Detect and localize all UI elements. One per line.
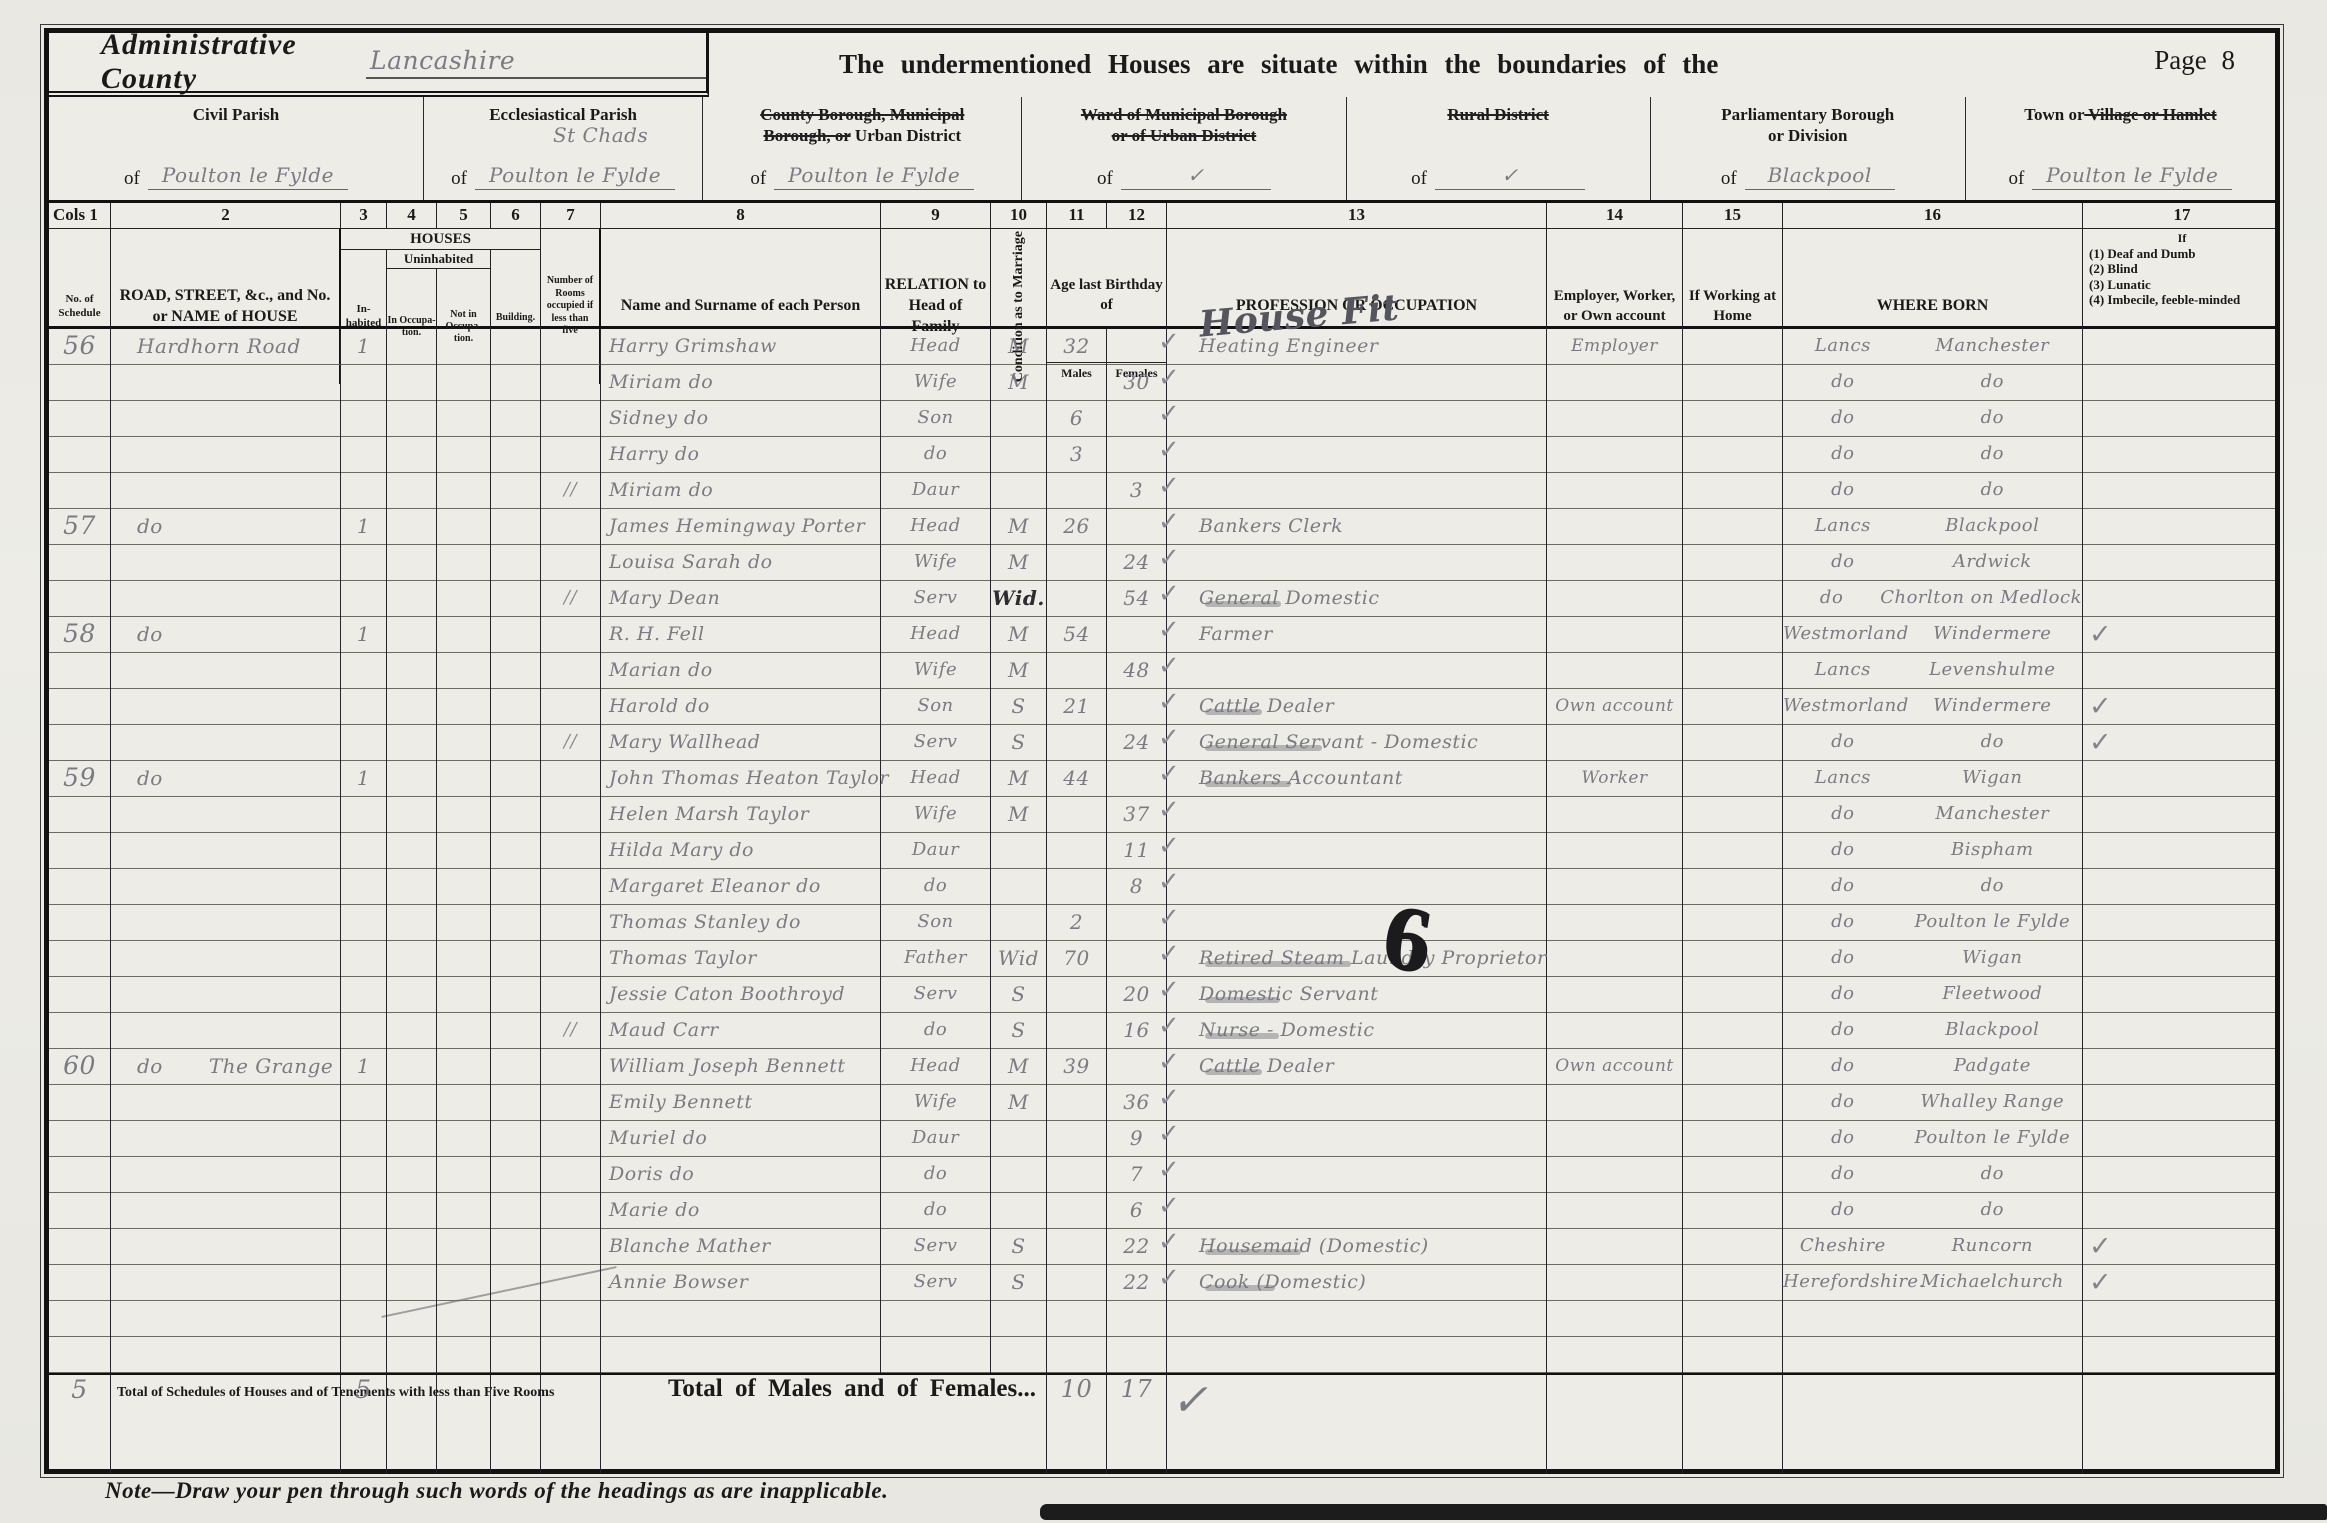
cell-schedule — [49, 473, 111, 510]
cell-employer — [1547, 905, 1683, 942]
cell-working-at-home — [1683, 725, 1783, 762]
cell-schedule: 58 — [49, 617, 111, 654]
cell-working-at-home — [1683, 833, 1783, 870]
cell-schedule — [49, 365, 111, 402]
cell-uninhabited-occ — [387, 905, 437, 942]
situate-text: The undermentioned Houses are situate wi… — [839, 49, 1718, 80]
cell-building — [491, 1013, 541, 1050]
totals-schedule-count: 5 — [49, 1375, 111, 1473]
cell-age-male: 3 — [1047, 437, 1107, 474]
scan-smudge — [1040, 1504, 2327, 1520]
cell-name: Hilda Mary do — [601, 833, 881, 870]
cell-relation: Serv — [881, 977, 991, 1014]
cell-condition: Wid — [991, 941, 1047, 978]
cell-employer: Own account — [1547, 1049, 1683, 1086]
cell-uninhabited-occ — [387, 1337, 437, 1374]
cell-infirmity — [2083, 1049, 2281, 1086]
cell-road — [111, 689, 341, 726]
cell-uninhabited-occ — [387, 1157, 437, 1194]
cell-condition: M — [991, 761, 1047, 798]
table-row: 58 do 1 R. H. Fell Head M 54 ✓Farmer Wes… — [49, 617, 2275, 653]
cell-name: Miriam do — [601, 473, 881, 510]
district-value: Poulton le Fylde — [148, 163, 348, 190]
cell-rooms — [541, 1085, 601, 1122]
cell-uninhabited-occ — [387, 1301, 437, 1338]
cell-rooms: ∕∕ — [541, 581, 601, 618]
cell-name: James Hemingway Porter — [601, 509, 881, 546]
check-mark: ✓ — [1158, 505, 1180, 539]
cell-where-born: dodo — [1783, 401, 2083, 438]
cell-where-born — [1783, 1337, 2083, 1374]
cell-rooms — [541, 1049, 601, 1086]
cell-road — [111, 725, 341, 762]
cell-relation: Serv — [881, 725, 991, 762]
cell-relation: Head — [881, 1049, 991, 1086]
cell-employer — [1547, 1157, 1683, 1194]
cell-working-at-home — [1683, 329, 1783, 366]
cell-rooms — [541, 1265, 601, 1302]
cell-road — [111, 473, 341, 510]
check-mark: ✓ — [1158, 1045, 1180, 1079]
cell-road: Hardhorn Road — [111, 329, 341, 366]
infirmity-check-mark: ✓ — [2089, 617, 2112, 651]
cell-employer: Employer — [1547, 329, 1683, 366]
cell-infirmity — [2083, 365, 2281, 402]
cell-name: William Joseph Bennett — [601, 1049, 881, 1086]
district-ecclesiastical-parish: Ecclesiastical ParishSt ChadsofPoulton l… — [424, 97, 703, 200]
cell-schedule — [49, 905, 111, 942]
cell-working-at-home — [1683, 1157, 1783, 1194]
cell-uninhabited-not — [437, 797, 491, 834]
cell-rooms — [541, 617, 601, 654]
table-row: Thomas Stanley do Son 2 ✓ doPoulton le F… — [49, 905, 2275, 941]
check-mark: ✓ — [1158, 649, 1180, 683]
column-number: 3 — [341, 203, 387, 228]
cell-rooms — [541, 905, 601, 942]
cell-schedule — [49, 545, 111, 582]
cell-schedule — [49, 689, 111, 726]
cell-profession: ✓ — [1167, 473, 1547, 510]
cell-rooms — [541, 329, 601, 366]
cell-working-at-home — [1683, 473, 1783, 510]
cell-name: Blanche Mather — [601, 1229, 881, 1266]
cell-infirmity — [2083, 653, 2281, 690]
cell-age-male — [1047, 1157, 1107, 1194]
cell-condition: M — [991, 509, 1047, 546]
cell-uninhabited-not — [437, 617, 491, 654]
cell-inhabited — [341, 653, 387, 690]
cell-age-male: 2 — [1047, 905, 1107, 942]
cell-condition — [991, 473, 1047, 510]
cell-inhabited — [341, 1265, 387, 1302]
cell-road — [111, 1121, 341, 1158]
cell-profession: ✓Bankers Accountant — [1167, 761, 1547, 798]
cell-rooms — [541, 1337, 601, 1374]
cell-uninhabited-occ — [387, 725, 437, 762]
cell-building — [491, 1301, 541, 1338]
cell-building — [491, 725, 541, 762]
cell-age-male — [1047, 1301, 1107, 1338]
cell-working-at-home — [1683, 581, 1783, 618]
check-mark: ✓ — [1158, 1153, 1180, 1187]
cell-inhabited — [341, 797, 387, 834]
cell-building — [491, 581, 541, 618]
cell-uninhabited-occ — [387, 761, 437, 798]
cell-age-male — [1047, 1229, 1107, 1266]
cell-infirmity — [2083, 869, 2281, 906]
cell-uninhabited-occ — [387, 689, 437, 726]
cell-infirmity — [2083, 473, 2281, 510]
cell-rooms — [541, 545, 601, 582]
table-row: Sidney do Son 6 ✓ dodo — [49, 401, 2275, 437]
cell-building — [491, 869, 541, 906]
cell-name: Emily Bennett — [601, 1085, 881, 1122]
cell-age-male — [1047, 1013, 1107, 1050]
cell-road — [111, 941, 341, 978]
district-rural-district: Rural Districtof✓ — [1347, 97, 1651, 200]
cell-road — [111, 797, 341, 834]
column-number: 6 — [491, 203, 541, 228]
cell-employer — [1547, 1085, 1683, 1122]
cell-uninhabited-not — [437, 653, 491, 690]
cell-profession: ✓ — [1167, 797, 1547, 834]
district-ward: Ward of Municipal Boroughor of Urban Dis… — [1022, 97, 1346, 200]
cell-uninhabited-occ — [387, 1049, 437, 1086]
district-parliamentary-borough: Parliamentary Boroughor DivisionofBlackp… — [1651, 97, 1966, 200]
cell-employer — [1547, 653, 1683, 690]
table-row: Emily Bennett Wife M 36 ✓ doWhalley Rang… — [49, 1085, 2275, 1121]
cell-inhabited — [341, 905, 387, 942]
cell-uninhabited-not — [437, 473, 491, 510]
cell-where-born: doPoulton le Fylde — [1783, 1121, 2083, 1158]
cell-relation: Father — [881, 941, 991, 978]
cell-uninhabited-occ — [387, 869, 437, 906]
cell-relation — [881, 1337, 991, 1374]
cell-uninhabited-not — [437, 581, 491, 618]
cell-infirmity — [2083, 509, 2281, 546]
infirmity-check-mark: ✓ — [2089, 725, 2112, 759]
cell-rooms — [541, 833, 601, 870]
cell-uninhabited-occ — [387, 509, 437, 546]
cell-profession: ✓ — [1167, 905, 1547, 942]
cell-uninhabited-not — [437, 1121, 491, 1158]
cell-uninhabited-not — [437, 1193, 491, 1230]
column-number: 17 — [2083, 203, 2281, 228]
cell-infirmity — [2083, 761, 2281, 798]
cell-relation: do — [881, 437, 991, 474]
cell-working-at-home — [1683, 905, 1783, 942]
cell-name: Jessie Caton Boothroyd — [601, 977, 881, 1014]
cell-age-male — [1047, 1193, 1107, 1230]
totals-inhabited-count: 5 — [341, 1375, 387, 1473]
cell-rooms — [541, 1229, 601, 1266]
cell-uninhabited-occ — [387, 941, 437, 978]
cell-profession: ✓ — [1167, 869, 1547, 906]
check-mark: ✓ — [1158, 433, 1180, 467]
cell-uninhabited-not — [437, 329, 491, 366]
cell-road — [111, 1085, 341, 1122]
cell-profession — [1167, 1337, 1547, 1374]
check-mark: ✓ — [1158, 1009, 1180, 1043]
cell-rooms — [541, 797, 601, 834]
cell-name: Mary Dean — [601, 581, 881, 618]
cell-relation: Son — [881, 905, 991, 942]
cell-rooms — [541, 365, 601, 402]
cell-rooms — [541, 437, 601, 474]
cell-infirmity — [2083, 833, 2281, 870]
cell-relation: Wife — [881, 797, 991, 834]
cell-uninhabited-occ — [387, 797, 437, 834]
cell-rooms — [541, 401, 601, 438]
cell-employer — [1547, 1121, 1683, 1158]
cell-relation: Wife — [881, 653, 991, 690]
cell-employer — [1547, 941, 1683, 978]
column-number: 4 — [387, 203, 437, 228]
cell-age-male — [1047, 1121, 1107, 1158]
cell-relation: Head — [881, 509, 991, 546]
cell-inhabited — [341, 941, 387, 978]
cell-employer — [1547, 401, 1683, 438]
cell-condition: M — [991, 1085, 1047, 1122]
cell-uninhabited-not — [437, 1085, 491, 1122]
cell-road — [111, 905, 341, 942]
infirmity-check-mark: ✓ — [2089, 1265, 2112, 1299]
cell-inhabited — [341, 473, 387, 510]
cell-working-at-home — [1683, 1337, 1783, 1374]
check-mark: ✓ — [1158, 973, 1180, 1007]
cell-name: Miriam do — [601, 365, 881, 402]
cell-relation: Son — [881, 401, 991, 438]
totals-check-mark: ✓ — [1167, 1375, 1547, 1473]
cell-schedule — [49, 1337, 111, 1374]
cell-profession: ✓ — [1167, 365, 1547, 402]
cell-working-at-home — [1683, 1049, 1783, 1086]
cell-infirmity — [2083, 1337, 2281, 1374]
cell-where-born: LancsWigan — [1783, 761, 2083, 798]
cell-road — [111, 437, 341, 474]
cell-inhabited: 1 — [341, 509, 387, 546]
cell-schedule: 60 — [49, 1049, 111, 1086]
cell-employer — [1547, 1337, 1683, 1374]
cell-relation: Daur — [881, 833, 991, 870]
cell-condition: M — [991, 617, 1047, 654]
cell-uninhabited-not — [437, 905, 491, 942]
cell-building — [491, 437, 541, 474]
cell-relation — [881, 1301, 991, 1338]
cell-building — [491, 401, 541, 438]
cell-working-at-home — [1683, 1121, 1783, 1158]
cell-employer — [1547, 617, 1683, 654]
cell-working-at-home — [1683, 1193, 1783, 1230]
cell-name — [601, 1337, 881, 1374]
cell-age-male — [1047, 833, 1107, 870]
cell-uninhabited-not — [437, 1337, 491, 1374]
cell-schedule: 59 — [49, 761, 111, 798]
cell-name: R. H. Fell — [601, 617, 881, 654]
cell-building — [491, 1193, 541, 1230]
cell-relation: Serv — [881, 1229, 991, 1266]
cell-inhabited — [341, 1337, 387, 1374]
cell-profession: ✓Farmer — [1167, 617, 1547, 654]
cell-uninhabited-occ — [387, 1121, 437, 1158]
cell-where-born: CheshireRuncorn — [1783, 1229, 2083, 1266]
cell-rooms — [541, 1121, 601, 1158]
cell-employer — [1547, 833, 1683, 870]
cell-name: Thomas Taylor — [601, 941, 881, 978]
check-mark: ✓ — [1158, 793, 1180, 827]
cell-inhabited: 1 — [341, 1049, 387, 1086]
cell-condition — [991, 1301, 1047, 1338]
cell-profession: ✓ — [1167, 401, 1547, 438]
cell-condition: M — [991, 797, 1047, 834]
column-number: 15 — [1683, 203, 1783, 228]
cell-rooms — [541, 1157, 601, 1194]
cell-building — [491, 365, 541, 402]
check-mark: ✓ — [1158, 1225, 1180, 1259]
cell-infirmity — [2083, 581, 2281, 618]
cell-building — [491, 617, 541, 654]
cell-relation: Head — [881, 761, 991, 798]
table-header: No. of Schedule ROAD, STREET, &c., and N… — [49, 229, 2275, 329]
cell-uninhabited-not — [437, 1265, 491, 1302]
cell-profession: ✓Cook (Domestic) — [1167, 1265, 1547, 1302]
table-row: Miriam do Wife M 30 ✓ dodo — [49, 365, 2275, 401]
cell-schedule — [49, 1193, 111, 1230]
table-row: 59 do 1 John Thomas Heaton Taylor Head M… — [49, 761, 2275, 797]
cell-profession: ✓ — [1167, 437, 1547, 474]
cell-inhabited — [341, 689, 387, 726]
cell-infirmity: ✓ — [2083, 1265, 2281, 1302]
cell-condition: M — [991, 545, 1047, 582]
table-row: Marie do do 6 ✓ dodo — [49, 1193, 2275, 1229]
cell-infirmity — [2083, 1301, 2281, 1338]
cell-condition: S — [991, 725, 1047, 762]
header-uninhabited-label: Uninhabited — [387, 250, 490, 269]
cell-age-male: 54 — [1047, 617, 1107, 654]
cell-road — [111, 581, 341, 618]
column-number: 11 — [1047, 203, 1107, 228]
cell-road — [111, 1301, 341, 1338]
infirmity-item: (3) Lunatic — [2089, 277, 2240, 292]
cell-inhabited — [341, 1193, 387, 1230]
check-mark: ✓ — [1158, 1081, 1180, 1115]
cell-profession: ✓ — [1167, 1085, 1547, 1122]
cell-condition — [991, 1121, 1047, 1158]
cell-schedule — [49, 1301, 111, 1338]
cell-rooms — [541, 977, 601, 1014]
cell-age-male — [1047, 473, 1107, 510]
cell-where-born: doPadgate — [1783, 1049, 2083, 1086]
cell-employer — [1547, 1265, 1683, 1302]
cell-where-born: dodo — [1783, 473, 2083, 510]
cell-profession: ✓ — [1167, 545, 1547, 582]
cell-building — [491, 761, 541, 798]
cell-where-born: Herefordshire.Michaelchurch — [1783, 1265, 2083, 1302]
header-houses-label: HOUSES — [341, 229, 540, 250]
cell-infirmity — [2083, 797, 2281, 834]
cell-age-male — [1047, 653, 1107, 690]
cell-schedule — [49, 437, 111, 474]
cell-condition — [991, 437, 1047, 474]
district-value: ✓ — [1435, 163, 1585, 190]
cell-where-born: doWhalley Range — [1783, 1085, 2083, 1122]
cell-where-born: dodo — [1783, 1157, 2083, 1194]
cell-age-male: 26 — [1047, 509, 1107, 546]
cell-road — [111, 653, 341, 690]
infirmity-item: (1) Deaf and Dumb — [2089, 246, 2240, 261]
check-mark: ✓ — [1158, 937, 1180, 971]
column-number: 14 — [1547, 203, 1683, 228]
cell-inhabited — [341, 545, 387, 582]
check-mark: ✓ — [1158, 1189, 1180, 1223]
cell-inhabited: 1 — [341, 329, 387, 366]
cell-age-male: 32 — [1047, 329, 1107, 366]
cell-inhabited — [341, 977, 387, 1014]
cell-employer — [1547, 725, 1683, 762]
cell-where-born: dodo — [1783, 869, 2083, 906]
cell-working-at-home — [1683, 653, 1783, 690]
check-mark: ✓ — [1158, 901, 1180, 935]
cell-profession: ✓Nurse - Domestic — [1167, 1013, 1547, 1050]
cell-profession: ✓Domestic Servant — [1167, 977, 1547, 1014]
cell-infirmity — [2083, 545, 2281, 582]
cell-uninhabited-not — [437, 509, 491, 546]
cell-infirmity — [2083, 1085, 2281, 1122]
cell-building — [491, 1121, 541, 1158]
cell-condition — [991, 1193, 1047, 1230]
cell-road — [111, 1265, 341, 1302]
check-mark: ✓ — [1158, 469, 1180, 503]
cell-age-male — [1047, 977, 1107, 1014]
table-row: ∕∕ Mary Wallhead Serv S 24 ✓General Serv… — [49, 725, 2275, 761]
cell-working-at-home — [1683, 401, 1783, 438]
cell-profession: ✓Bankers Clerk — [1167, 509, 1547, 546]
cell-uninhabited-occ — [387, 365, 437, 402]
cell-schedule — [49, 977, 111, 1014]
cell-condition: S — [991, 977, 1047, 1014]
cell-building — [491, 1337, 541, 1374]
cell-profession: ✓Housemaid (Domestic) — [1167, 1229, 1547, 1266]
cell-schedule — [49, 833, 111, 870]
cell-uninhabited-occ — [387, 833, 437, 870]
table-row: Hilda Mary do Daur 11 ✓ doBispham — [49, 833, 2275, 869]
infirmity-check-mark: ✓ — [2089, 1229, 2112, 1263]
cell-relation: Head — [881, 329, 991, 366]
cell-age-male — [1047, 1085, 1107, 1122]
check-mark: ✓ — [1158, 577, 1180, 611]
cell-where-born: WestmorlandWindermere — [1783, 689, 2083, 726]
cell-uninhabited-not — [437, 365, 491, 402]
table-row — [49, 1301, 2275, 1337]
cell-rooms — [541, 689, 601, 726]
check-mark: ✓ — [1158, 757, 1180, 791]
check-mark: ✓ — [1158, 1117, 1180, 1151]
cell-profession: ✓ — [1167, 1193, 1547, 1230]
table-body: House Fit 6 56 Hardhorn Road 1 Harry Gri… — [49, 329, 2275, 1373]
column-number: 12 — [1107, 203, 1167, 228]
cell-building — [491, 1157, 541, 1194]
cell-employer — [1547, 509, 1683, 546]
cell-relation: Wife — [881, 1085, 991, 1122]
cell-rooms — [541, 1301, 601, 1338]
cell-infirmity — [2083, 977, 2281, 1014]
check-mark: ✓ — [1158, 865, 1180, 899]
cell-name: Annie Bowser — [601, 1265, 881, 1302]
table-row: Marian do Wife M 48 ✓ LancsLevenshulme — [49, 653, 2275, 689]
cell-building — [491, 797, 541, 834]
cell-inhabited — [341, 1121, 387, 1158]
cell-schedule — [49, 1157, 111, 1194]
